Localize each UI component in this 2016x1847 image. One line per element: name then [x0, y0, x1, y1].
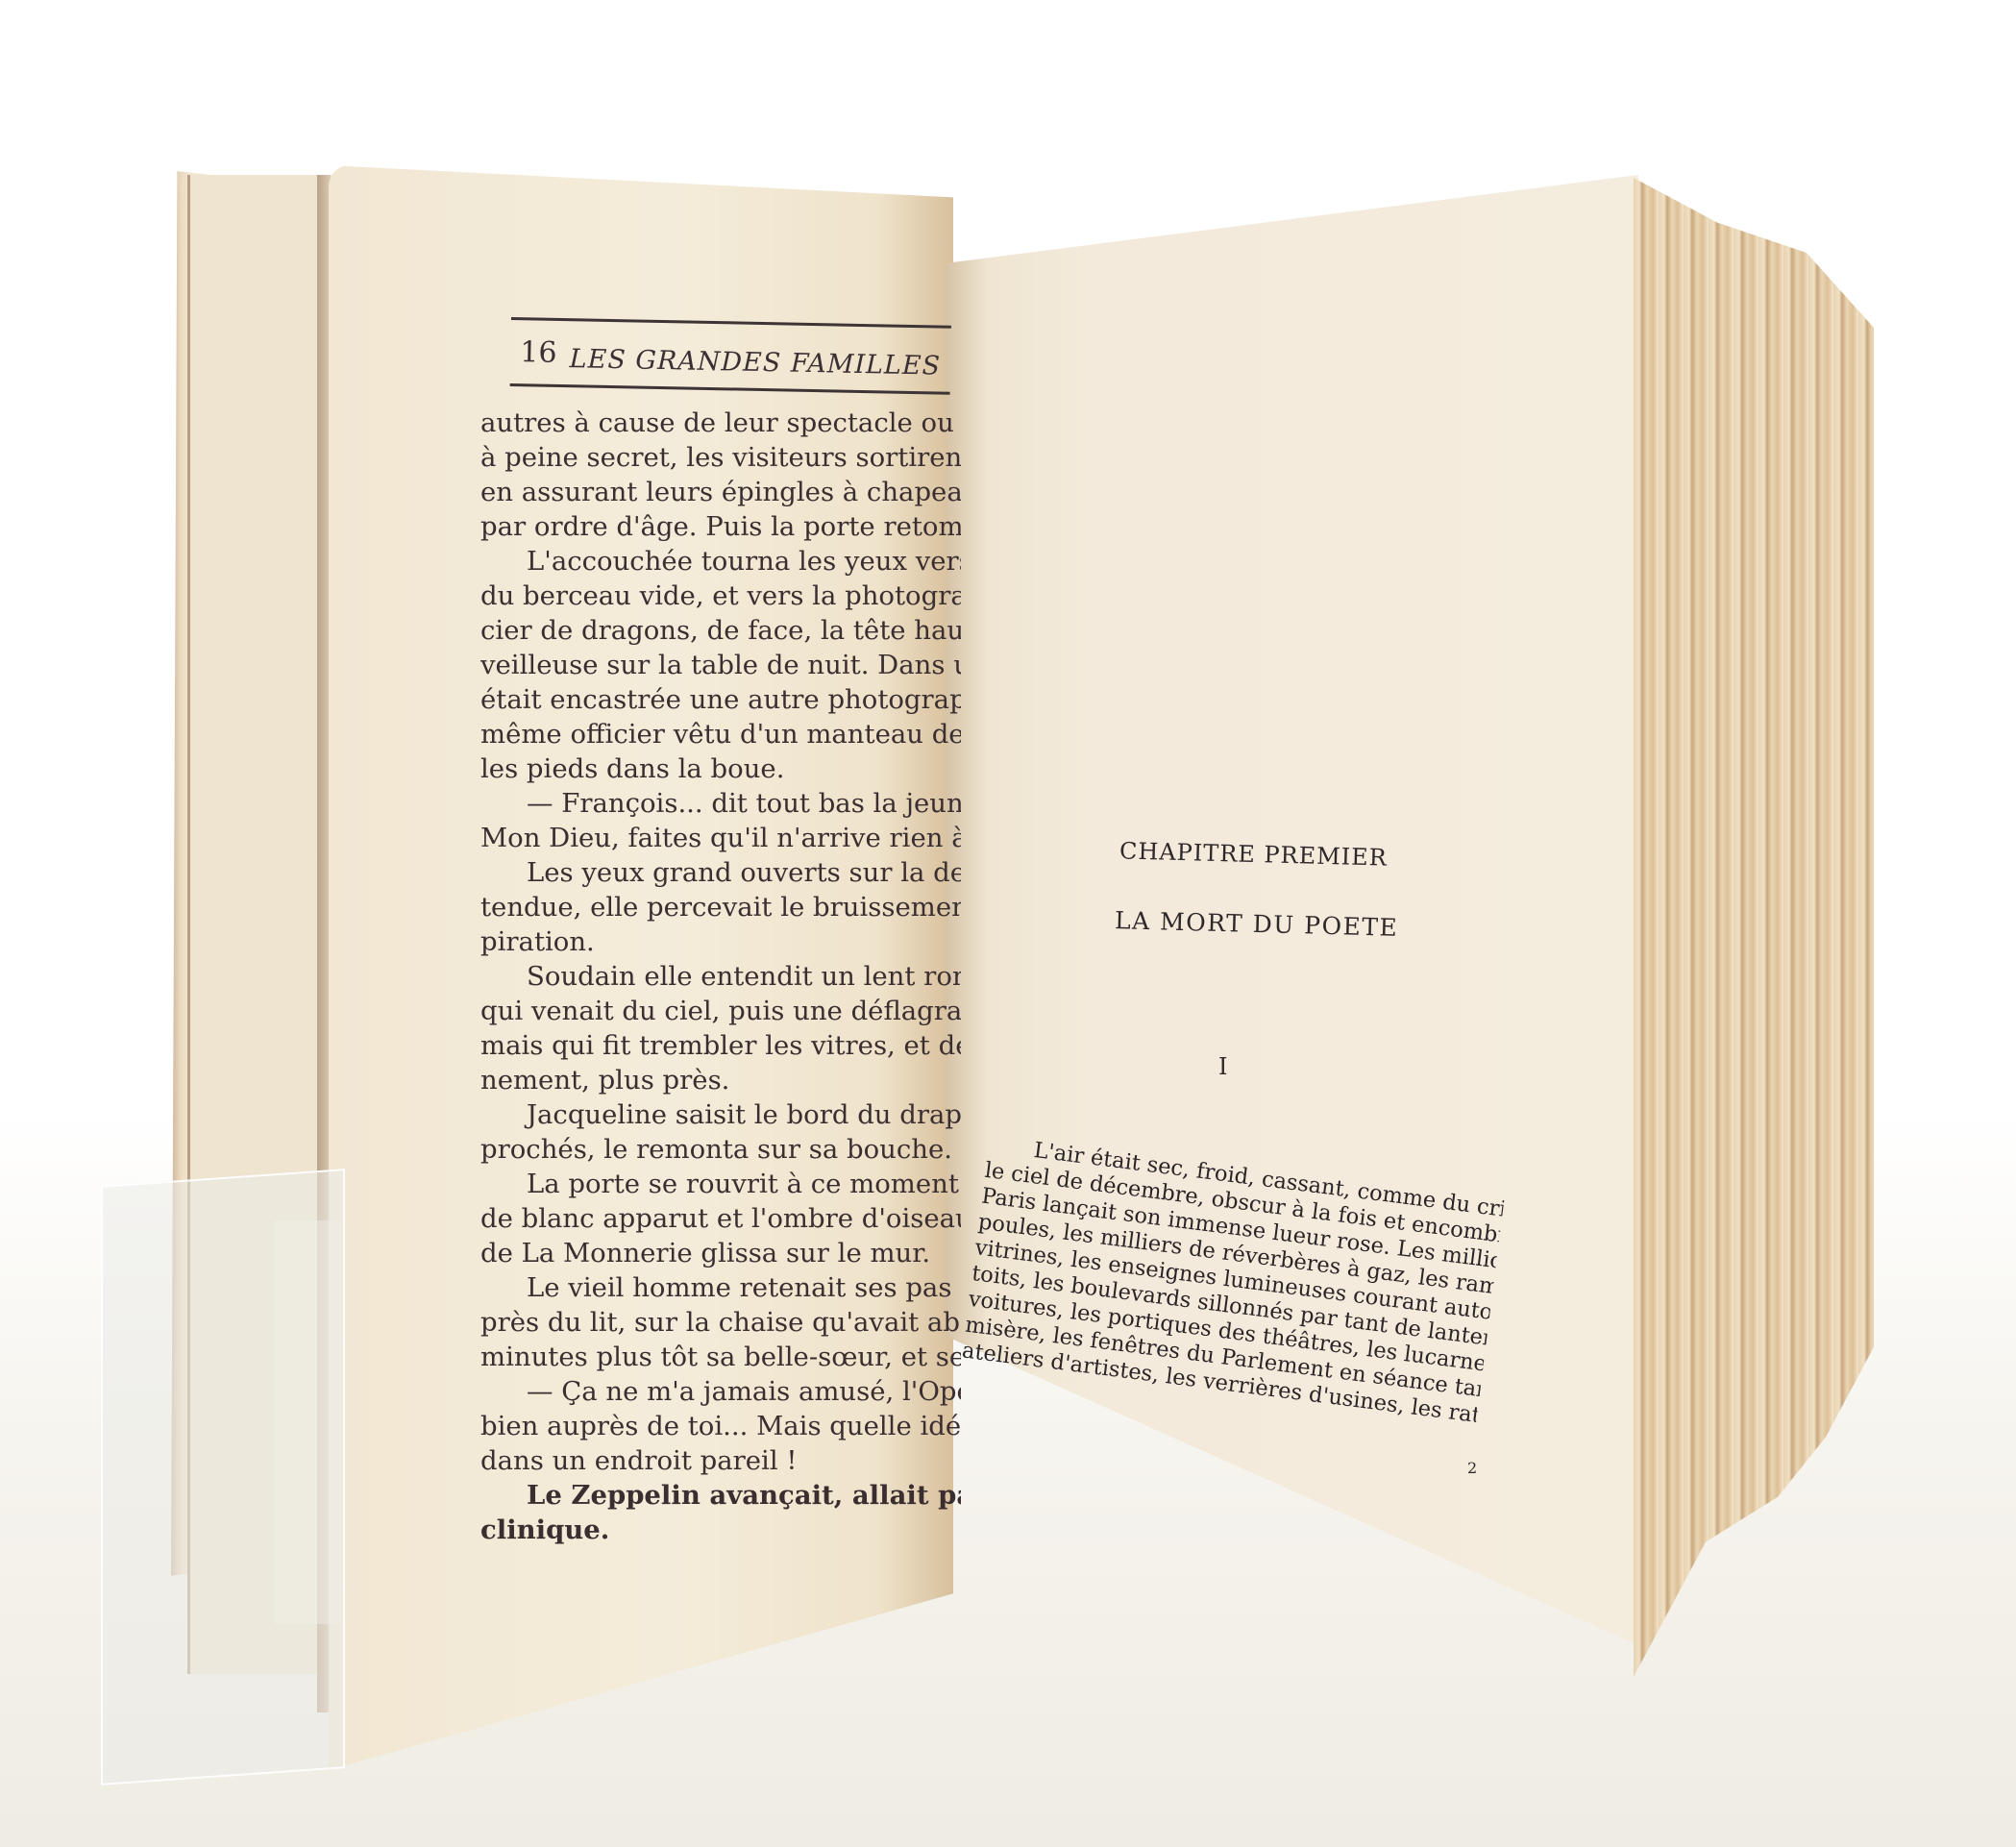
acrylic-stand-front — [274, 1220, 341, 1624]
text-line: du berceau vide, et vers la photographie… — [480, 579, 961, 613]
text-line: prochés, le remonta sur sa bouche. — [480, 1132, 961, 1167]
text-line: nement, plus près. — [480, 1063, 961, 1097]
text-line: dans un endroit pareil ! — [480, 1443, 961, 1478]
text-line: autres à cause de leur spectacle ou de l… — [480, 406, 961, 440]
text-line: minutes plus tôt sa belle-sœur, et se bo… — [480, 1340, 961, 1374]
text-line: Soudain elle entendit un lent ronronneme… — [480, 959, 961, 994]
text-line: Mon Dieu, faites qu'il n'arrive rien à F… — [480, 821, 961, 855]
left-body-text: autres à cause de leur spectacle ou de l… — [480, 406, 961, 1547]
text-line: cier de dragons, de face, la tête haute,… — [480, 613, 961, 648]
text-line: Le Zeppelin avançait, allait passer au-d… — [480, 1478, 961, 1513]
text-line: mais qui fit trembler les vitres, et de … — [480, 1028, 961, 1063]
text-line: — François... dit tout bas la jeune femm… — [480, 786, 961, 821]
running-head: 16 LES GRANDES FAMILLES — [510, 317, 951, 395]
page-number: 16 — [520, 335, 557, 370]
text-line: clinique. — [480, 1513, 961, 1547]
book-title: LES GRANDES FAMILLES — [569, 344, 941, 381]
text-line: Jacqueline saisit le bord du drap et, le… — [480, 1097, 961, 1132]
text-line: en assurant leurs épingles à chapeau, le… — [480, 475, 961, 509]
text-line: Les yeux grand ouverts sur la demi-ténèb… — [480, 855, 961, 890]
text-line: près du lit, sur la chaise qu'avait aban… — [480, 1305, 961, 1340]
text-line: bien auprès de toi... Mais quelle idée d… — [480, 1409, 961, 1443]
signature-mark: 2 — [1467, 1459, 1477, 1477]
text-line: par ordre d'âge. Puis la porte retomba, … — [480, 509, 961, 544]
text-line: tendue, elle percevait le bruissement de… — [480, 890, 961, 924]
text-line: veilleuse sur la table de nuit. Dans un … — [480, 648, 961, 682]
text-line: les pieds dans la boue. — [480, 751, 961, 786]
text-line: piration. — [480, 924, 961, 959]
text-line: L'accouchée tourna les yeux vers la vagu… — [480, 544, 961, 579]
text-line: La porte se rouvrit à ce moment ; une tê… — [480, 1167, 961, 1201]
text-line: était encastrée une autre photographie, … — [480, 682, 961, 717]
text-line: — Ça ne m'a jamais amusé, l'Opéra. J'att… — [480, 1374, 961, 1409]
text-line: même officier vêtu d'un manteau de peau … — [480, 717, 961, 751]
text-line: de blanc apparut et l'ombre d'oiseau en … — [480, 1201, 961, 1236]
text-line: Le vieil homme retenait ses pas ; il vin… — [480, 1270, 961, 1305]
text-line: à peine secret, les visiteurs sortirent,… — [480, 440, 961, 475]
deckle-page-edges — [1634, 178, 1874, 1677]
text-line: qui venait du ciel, puis une déflagratio… — [480, 994, 961, 1028]
section-number: I — [1218, 1053, 1227, 1080]
text-line: de La Monnerie glissa sur le mur. — [480, 1236, 961, 1270]
